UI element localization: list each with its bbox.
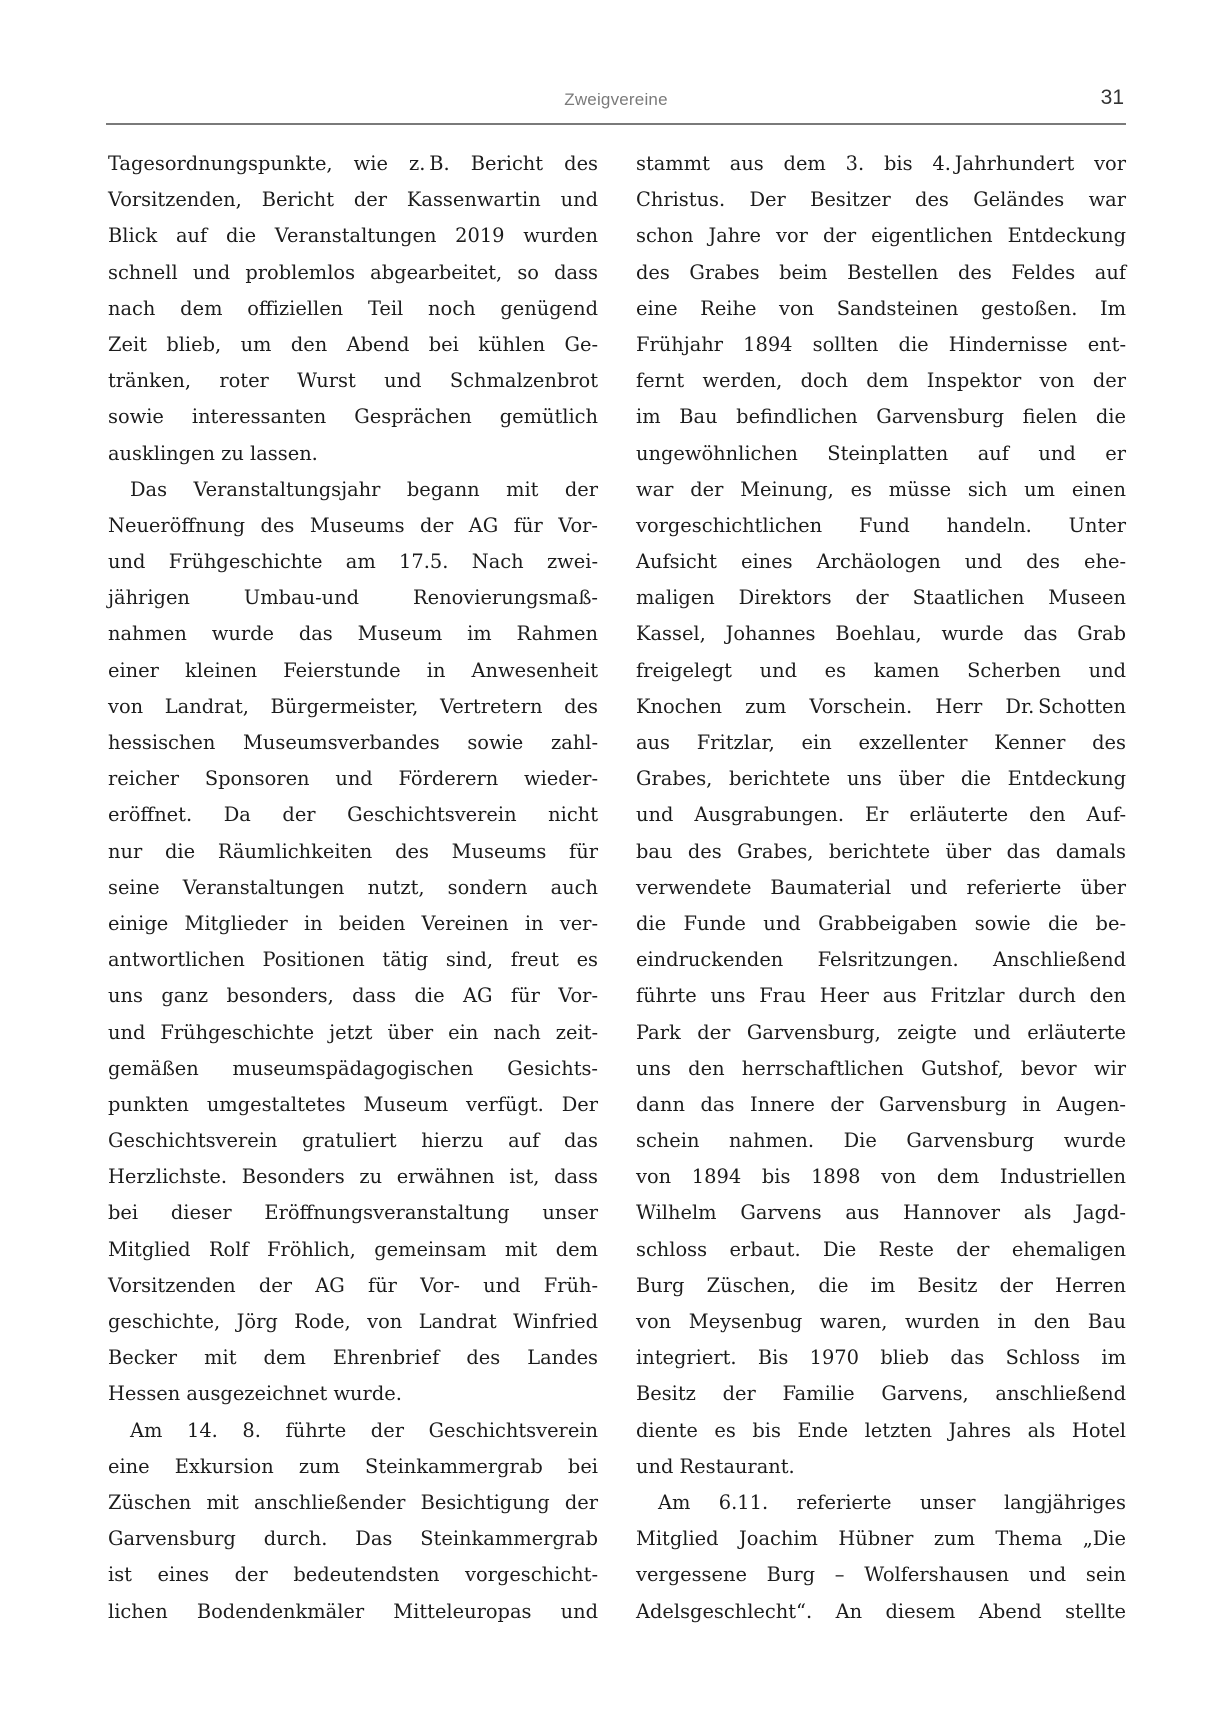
text-line: fernt werden, doch dem Inspektor von der — [636, 363, 1126, 399]
text-line: Geschichtsverein gratuliert hierzu auf d… — [108, 1123, 598, 1159]
text-line: Neueröffnung des Museums der AG für Vor- — [108, 508, 598, 544]
text-line: Herzlichste. Besonders zu erwähnen ist, … — [108, 1159, 598, 1195]
text-column-left: Tagesordnungspunkte, wie z. B. Bericht d… — [108, 146, 598, 1630]
text-line: lichen Bodendenkmäler Mitteleuropas und — [108, 1594, 598, 1630]
text-line: Aufsicht eines Archäologen und des ehe- — [636, 544, 1126, 580]
text-line: und Restaurant. — [636, 1449, 1126, 1485]
text-line: ungewöhnlichen Steinplatten auf und er — [636, 436, 1126, 472]
text-line: vergessene Burg – Wolfershausen und sein — [636, 1557, 1126, 1593]
text-line: des Grabes beim Bestellen des Feldes auf — [636, 255, 1126, 291]
text-line: maligen Direktors der Staatlichen Museen — [636, 580, 1126, 616]
text-line: gemäßen museumspädagogischen Gesichts- — [108, 1051, 598, 1087]
text-line: von Landrat, Bürgermeister, Vertretern d… — [108, 689, 598, 725]
text-line: diente es bis Ende letzten Jahres als Ho… — [636, 1413, 1126, 1449]
text-line: die Funde und Grabbeigaben sowie die be- — [636, 906, 1126, 942]
text-line: eröffnet. Da der Geschichtsverein nicht — [108, 797, 598, 833]
text-line: Wilhelm Garvens aus Hannover als Jagd- — [636, 1195, 1126, 1231]
text-line: ausklingen zu lassen. — [108, 436, 598, 472]
text-line: Vorsitzenden, Bericht der Kassenwartin u… — [108, 182, 598, 218]
text-line: uns ganz besonders, dass die AG für Vor- — [108, 978, 598, 1014]
text-line: schon Jahre vor der eigentlichen Entdeck… — [636, 218, 1126, 254]
text-line: Garvensburg durch. Das Steinkammergrab — [108, 1521, 598, 1557]
text-line: von 1894 bis 1898 von dem Industriellen — [636, 1159, 1126, 1195]
text-line: verwendete Baumaterial und referierte üb… — [636, 870, 1126, 906]
text-line: Tagesordnungspunkte, wie z. B. Bericht d… — [108, 146, 598, 182]
text-line: Züschen mit anschließender Besichtigung … — [108, 1485, 598, 1521]
text-line: hessischen Museumsverbandes sowie zahl- — [108, 725, 598, 761]
text-line: sowie interessanten Gesprächen gemütlich — [108, 399, 598, 435]
text-line: Mitglied Rolf Fröhlich, gemeinsam mit de… — [108, 1232, 598, 1268]
text-line: integriert. Bis 1970 blieb das Schloss i… — [636, 1340, 1126, 1376]
text-line: Vorsitzenden der AG für Vor- und Früh- — [108, 1268, 598, 1304]
header-rule — [106, 123, 1126, 125]
text-line: und Frühgeschichte am 17.5. Nach zwei- — [108, 544, 598, 580]
text-line: eine Reihe von Sandsteinen gestoßen. Im — [636, 291, 1126, 327]
text-line: Park der Garvensburg, zeigte und erläute… — [636, 1015, 1126, 1051]
text-line: bei dieser Eröffnungsveranstaltung unser — [108, 1195, 598, 1231]
text-line: Grabes, berichtete uns über die Entdecku… — [636, 761, 1126, 797]
text-line: aus Fritzlar, ein exzellenter Kenner des — [636, 725, 1126, 761]
text-line: führte uns Frau Heer aus Fritzlar durch … — [636, 978, 1126, 1014]
text-line: Knochen zum Vorschein. Herr Dr. Schotten — [636, 689, 1126, 725]
text-line: Christus. Der Besitzer des Geländes war — [636, 182, 1126, 218]
section-title: Zweigvereine — [106, 90, 1126, 110]
text-line: einige Mitglieder in beiden Vereinen in … — [108, 906, 598, 942]
text-line: schnell und problemlos abgearbeitet, so … — [108, 255, 598, 291]
text-line: Zeit blieb, um den Abend bei kühlen Ge- — [108, 327, 598, 363]
text-line: eine Exkursion zum Steinkammergrab bei — [108, 1449, 598, 1485]
text-line: dann das Innere der Garvensburg in Augen… — [636, 1087, 1126, 1123]
text-line: nahmen wurde das Museum im Rahmen — [108, 616, 598, 652]
text-line: seine Veranstaltungen nutzt, sondern auc… — [108, 870, 598, 906]
text-line: eindruckenden Felsritzungen. Anschließen… — [636, 942, 1126, 978]
text-line: Burg Züschen, die im Besitz der Herren — [636, 1268, 1126, 1304]
text-line: freigelegt und es kamen Scherben und — [636, 653, 1126, 689]
text-line: schloss erbaut. Die Reste der ehemaligen — [636, 1232, 1126, 1268]
text-line: nach dem offiziellen Teil noch genügend — [108, 291, 598, 327]
text-line: Besitz der Familie Garvens, anschließend — [636, 1376, 1126, 1412]
text-line: bau des Grabes, berichtete über das dama… — [636, 834, 1126, 870]
text-line: Blick auf die Veranstaltungen 2019 wurde… — [108, 218, 598, 254]
text-line: reicher Sponsoren und Förderern wieder- — [108, 761, 598, 797]
text-line: punkten umgestaltetes Museum verfügt. De… — [108, 1087, 598, 1123]
text-line: von Meysenbug waren, wurden in den Bau — [636, 1304, 1126, 1340]
text-line: ist eines der bedeutendsten vorgeschicht… — [108, 1557, 598, 1593]
text-line: jährigen Umbau-und Renovierungsmaß- — [108, 580, 598, 616]
text-line: Kassel, Johannes Boehlau, wurde das Grab — [636, 616, 1126, 652]
text-line: geschichte, Jörg Rode, von Landrat Winfr… — [108, 1304, 598, 1340]
text-line: Becker mit dem Ehrenbrief des Landes — [108, 1340, 598, 1376]
text-line: uns den herrschaftlichen Gutshof, bevor … — [636, 1051, 1126, 1087]
text-line: und Frühgeschichte jetzt über ein nach z… — [108, 1015, 598, 1051]
text-line: stammt aus dem 3. bis 4. Jahrhundert vor — [636, 146, 1126, 182]
text-line: vorgeschichtlichen Fund handeln. Unter — [636, 508, 1126, 544]
text-line: Mitglied Joachim Hübner zum Thema „Die — [636, 1521, 1126, 1557]
text-line: Das Veranstaltungsjahr begann mit der — [108, 472, 598, 508]
text-column-right: stammt aus dem 3. bis 4. Jahrhundert vor… — [636, 146, 1126, 1630]
running-head: Zweigvereine 31 — [106, 80, 1126, 122]
text-line: Hessen ausgezeichnet wurde. — [108, 1376, 598, 1412]
text-line: Am 6.11. referierte unser langjähriges — [636, 1485, 1126, 1521]
text-line: Adelsgeschlecht“. An diesem Abend stellt… — [636, 1594, 1126, 1630]
text-line: einer kleinen Feierstunde in Anwesenheit — [108, 653, 598, 689]
text-line: im Bau befindlichen Garvensburg fielen d… — [636, 399, 1126, 435]
text-line: tränken, roter Wurst und Schmalzenbrot — [108, 363, 598, 399]
text-line: und Ausgrabungen. Er erläuterte den Auf- — [636, 797, 1126, 833]
text-line: nur die Räumlichkeiten des Museums für — [108, 834, 598, 870]
text-line: Frühjahr 1894 sollten die Hindernisse en… — [636, 327, 1126, 363]
text-line: antwortlichen Positionen tätig sind, fre… — [108, 942, 598, 978]
page-number: 31 — [1101, 86, 1124, 110]
text-line: Am 14. 8. führte der Geschichtsverein — [108, 1413, 598, 1449]
text-line: war der Meinung, es müsse sich um einen — [636, 472, 1126, 508]
text-line: schein nahmen. Die Garvensburg wurde — [636, 1123, 1126, 1159]
